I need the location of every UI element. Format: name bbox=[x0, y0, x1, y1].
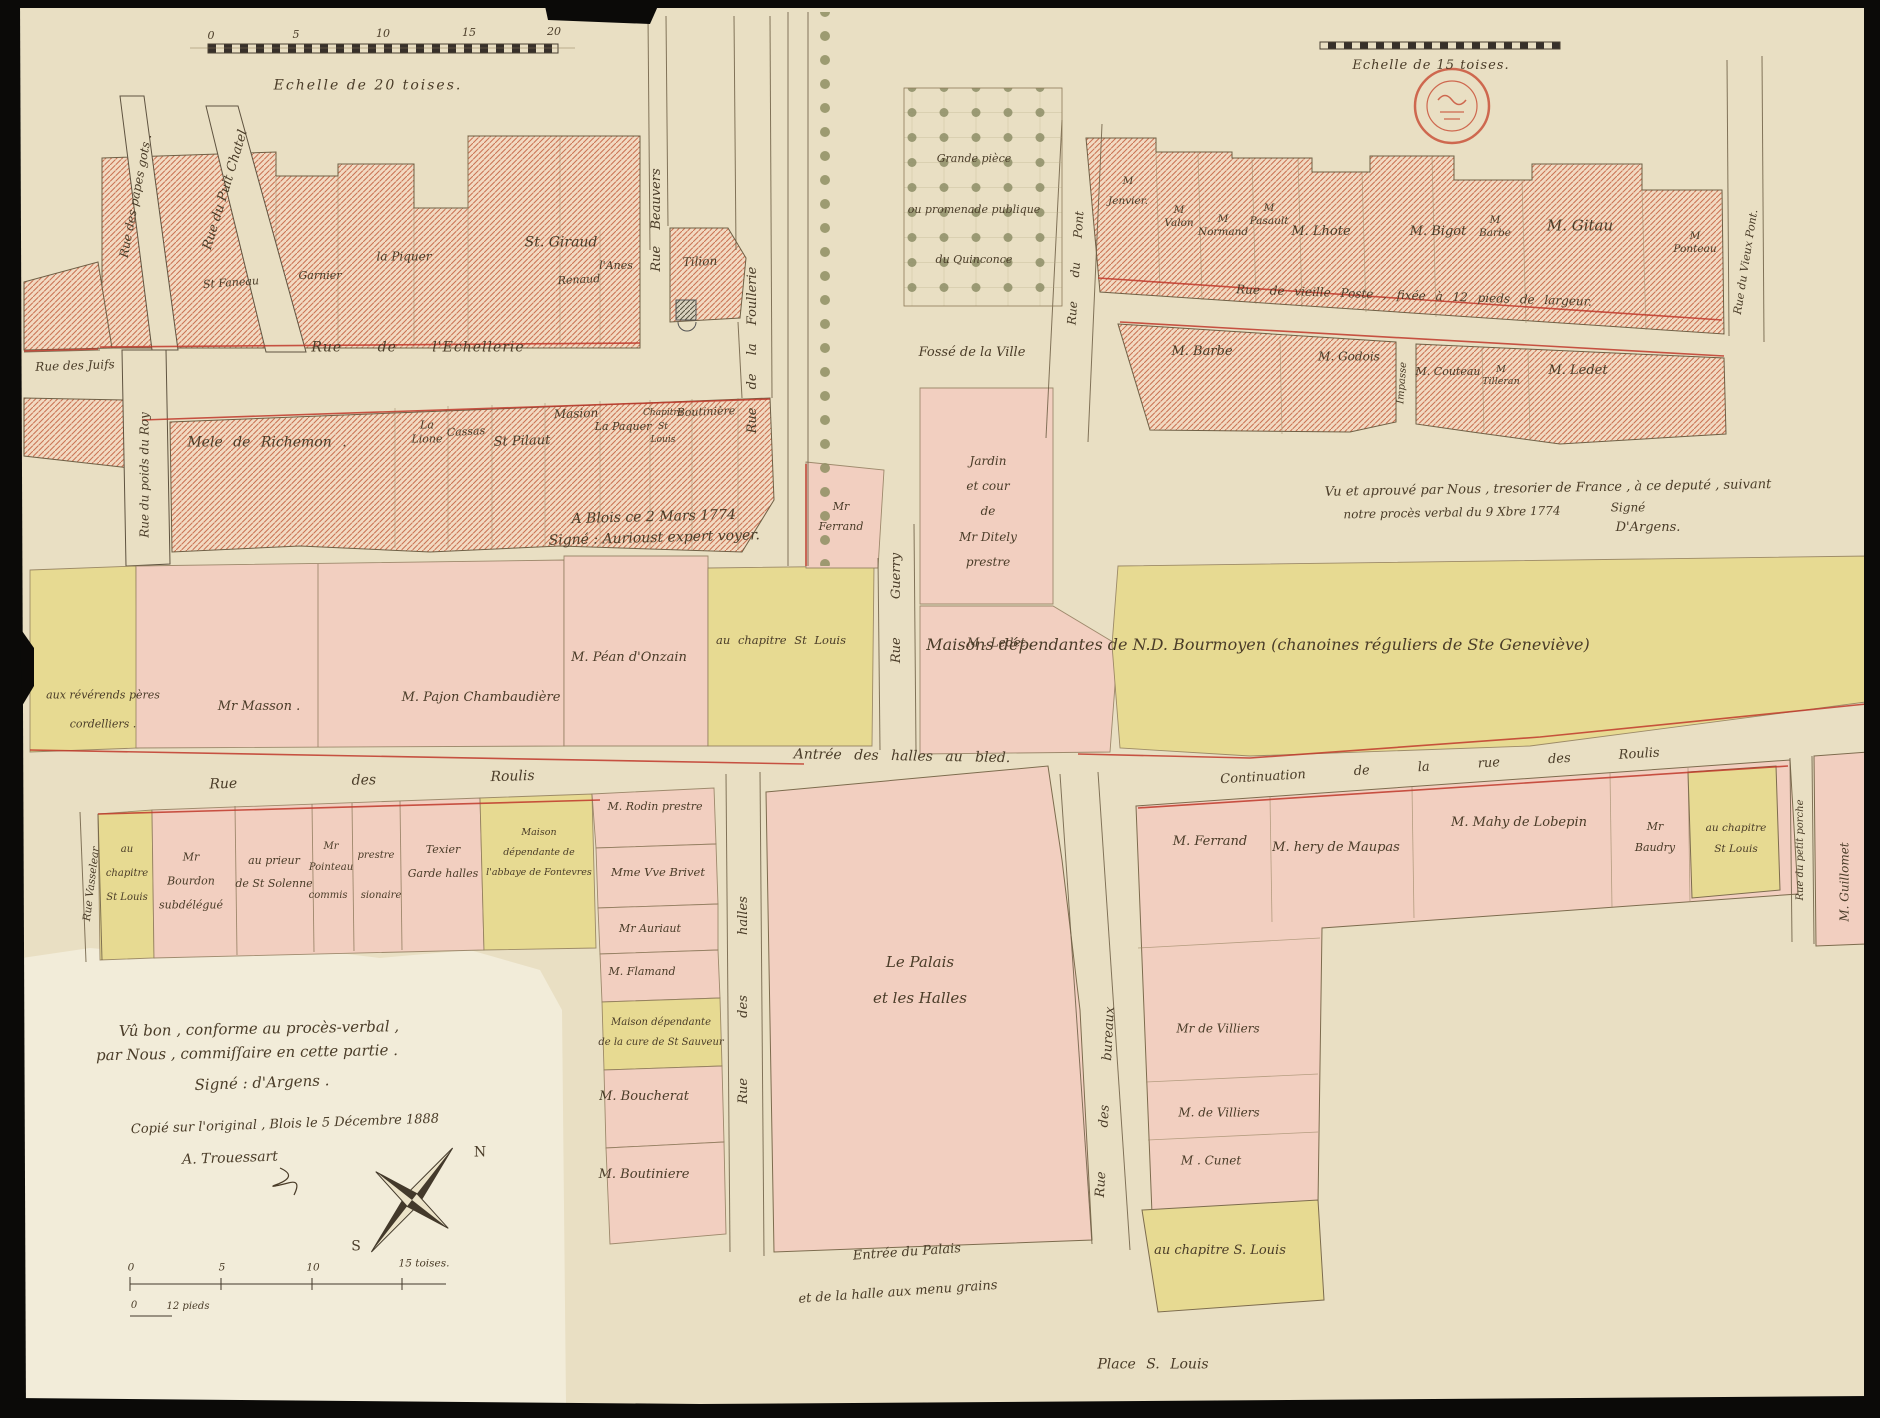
note-attestation-5: A. Trouessart bbox=[182, 1149, 278, 1170]
torn-paper-area bbox=[22, 946, 566, 1404]
parcel-label: Mele de Richemon . bbox=[187, 434, 346, 452]
scale-tick: 0 bbox=[131, 1300, 137, 1313]
parcel-label: au chapitre St Louis bbox=[106, 838, 148, 910]
scale-tick: 0 bbox=[208, 29, 215, 43]
parcel-label: M. Barbe bbox=[1171, 344, 1232, 360]
parcel-label: MNormand bbox=[1198, 213, 1248, 239]
parcel-label: Mr Baudry bbox=[1635, 817, 1675, 859]
parcel-label: Renaud bbox=[557, 272, 600, 288]
parcel-label: M. Ferrand bbox=[1173, 834, 1247, 850]
parcel-label: Mr Pointeau bbox=[309, 836, 353, 878]
street-label-antree: Antrée des halles au bled. bbox=[794, 746, 1011, 767]
scale-caption-nw: Echelle de 20 toises. bbox=[274, 77, 463, 95]
parcel-label: commis sionaire bbox=[309, 890, 402, 903]
street-label-fosse: Fossé de la Ville bbox=[919, 345, 1026, 361]
scale-bar-nw bbox=[190, 44, 575, 53]
parcel-label: M. Gitau bbox=[1547, 217, 1613, 236]
tilion-tower bbox=[676, 300, 696, 320]
parcel-label: Garnier bbox=[299, 269, 342, 283]
street-label-foullerie: Rue de la Foullerie bbox=[745, 267, 761, 434]
parcel-label: Mr de Villiers bbox=[1176, 1022, 1259, 1037]
parcel-label: M. Couteau bbox=[1416, 365, 1481, 379]
parcel-label: aux révérends pères cordelliers . bbox=[46, 681, 160, 738]
parcel-label: M. Ledet bbox=[1548, 363, 1607, 379]
map-scan: Echelle de 20 toises. 0 5 10 15 20 Rue d… bbox=[0, 0, 1880, 1418]
parcel-label: au chapitre St Louis bbox=[1706, 818, 1767, 860]
street-label-echellerie: Rue de l'Echellerie bbox=[311, 339, 524, 357]
parcel-label: MPasault bbox=[1250, 202, 1289, 228]
area-label-grande-piece: Grande pièce ou promenade publique du Qu… bbox=[908, 134, 1041, 286]
parcel-label: au prieur de St Solenne bbox=[235, 849, 312, 895]
parcel-label-guillomet: M. Guillomet bbox=[1838, 842, 1853, 921]
parcel-label: Tilion bbox=[683, 254, 718, 270]
parcel-label: M. Pajon Chambaudière bbox=[402, 690, 561, 706]
parcel-label: La Lione bbox=[411, 418, 442, 446]
scale-pieds-label: 12 pieds bbox=[167, 1301, 210, 1314]
parcel-label: M. Godois bbox=[1318, 350, 1380, 365]
street-label-halles: Rue des halles bbox=[736, 896, 752, 1104]
parcel-label: M . Cunet bbox=[1181, 1154, 1241, 1169]
parcel-label: M. Bigot bbox=[1410, 224, 1467, 240]
note-1774: A Blois ce 2 Mars 1774 Signé : Aurioust … bbox=[548, 504, 760, 552]
parcel-label: Masion bbox=[554, 406, 599, 423]
parcel-label: M. Boucherat bbox=[599, 1089, 689, 1105]
parcel-label: Cassas bbox=[446, 424, 485, 440]
parcel-label: Mr Masson . bbox=[218, 699, 301, 715]
scale-tick: 15 toises. bbox=[399, 1257, 450, 1270]
parcel-label: prestre bbox=[358, 850, 395, 863]
parcel-label-ferrand: Mr Ferrand bbox=[819, 497, 864, 537]
parcel-label: M. Péan d'Onzain bbox=[571, 650, 687, 666]
scale-tick: 0 bbox=[128, 1261, 135, 1274]
parcel-label: MValon bbox=[1164, 204, 1193, 230]
street-label-petit-porche: Rue du petit porche bbox=[1795, 800, 1808, 901]
street-label-beauvers: Rue Beauvers bbox=[649, 168, 665, 271]
street-label-place-louis: Place S. Louis bbox=[1097, 1356, 1208, 1374]
area-label-maisons-dependantes: Maisons dépendantes de N.D. Bourmoyen (c… bbox=[926, 635, 1589, 655]
scale-tick: 10 bbox=[306, 1261, 319, 1274]
scale-tick: 15 bbox=[462, 26, 476, 40]
parcel-label: Boutinière bbox=[676, 404, 735, 420]
parcel-label: au chapitre St Louis bbox=[716, 633, 846, 647]
note-approval-4: D'Argens. bbox=[1616, 520, 1681, 536]
parcel-label: St Pilaut bbox=[493, 433, 550, 451]
parcel-label: M. Boutiniere bbox=[599, 1167, 690, 1183]
scale-tick: 20 bbox=[547, 25, 561, 39]
parcel-label: la Piquer bbox=[377, 250, 432, 265]
parcel-label: Mr Bourdon subdélégué bbox=[159, 846, 223, 919]
street-label-juifs: Rue des Juifs bbox=[35, 357, 115, 375]
parcel-label: Mr Auriaut bbox=[619, 922, 681, 936]
parcel-label: M. de Villiers bbox=[1178, 1106, 1259, 1121]
parcel-label: MBarbe bbox=[1479, 214, 1511, 240]
scale-tick: 5 bbox=[293, 28, 300, 42]
parcel-label: Maison dépendante de la cure de St Sauve… bbox=[598, 1013, 723, 1053]
scale-caption-ne: Echelle de 15 toises. bbox=[1352, 58, 1509, 74]
parcel-label: l'Anes bbox=[599, 259, 633, 273]
parcel-label: MPonteau bbox=[1673, 230, 1716, 256]
street-label-guerry: Rue Guerry bbox=[889, 553, 905, 663]
parcel-label: M. Rodin prestre bbox=[608, 800, 703, 814]
parcel-label: Mme Vve Brivet bbox=[611, 865, 705, 879]
parcel-label: MJenvier. bbox=[1108, 172, 1148, 212]
scale-tick: 5 bbox=[219, 1261, 226, 1274]
parcel-label: au chapitre S. Louis bbox=[1154, 1243, 1286, 1259]
parcel-label: St. Giraud bbox=[525, 234, 598, 252]
compass-north-label: N bbox=[474, 1144, 486, 1162]
parcel-label: M. hery de Maupas bbox=[1272, 840, 1400, 856]
parcel-label: M. Flamand bbox=[608, 965, 675, 979]
scale-tick: 10 bbox=[376, 27, 390, 41]
compass-south-label: S bbox=[351, 1238, 361, 1256]
parcel-label: MTilleran bbox=[1482, 364, 1519, 388]
parcel-label: M. Lhote bbox=[1291, 224, 1350, 240]
parcel-label: M. Mahy de Lobepin bbox=[1451, 815, 1587, 831]
parcel-label: Maison dépendante de l'abbaye de Fontevr… bbox=[486, 823, 592, 883]
parcel-label: Texier Garde halles bbox=[408, 838, 479, 886]
area-label-palais: Le Palais et les Halles bbox=[873, 944, 967, 1016]
area-label-jardin: Jardin et cour de Mr Ditely prestre bbox=[959, 449, 1017, 575]
note-approval-3: Signé bbox=[1611, 501, 1646, 516]
tree-row bbox=[818, 12, 840, 566]
street-label-poids-du-roy: Rue du poids du Roy bbox=[138, 412, 153, 538]
scale-bar-ne bbox=[1320, 42, 1560, 49]
